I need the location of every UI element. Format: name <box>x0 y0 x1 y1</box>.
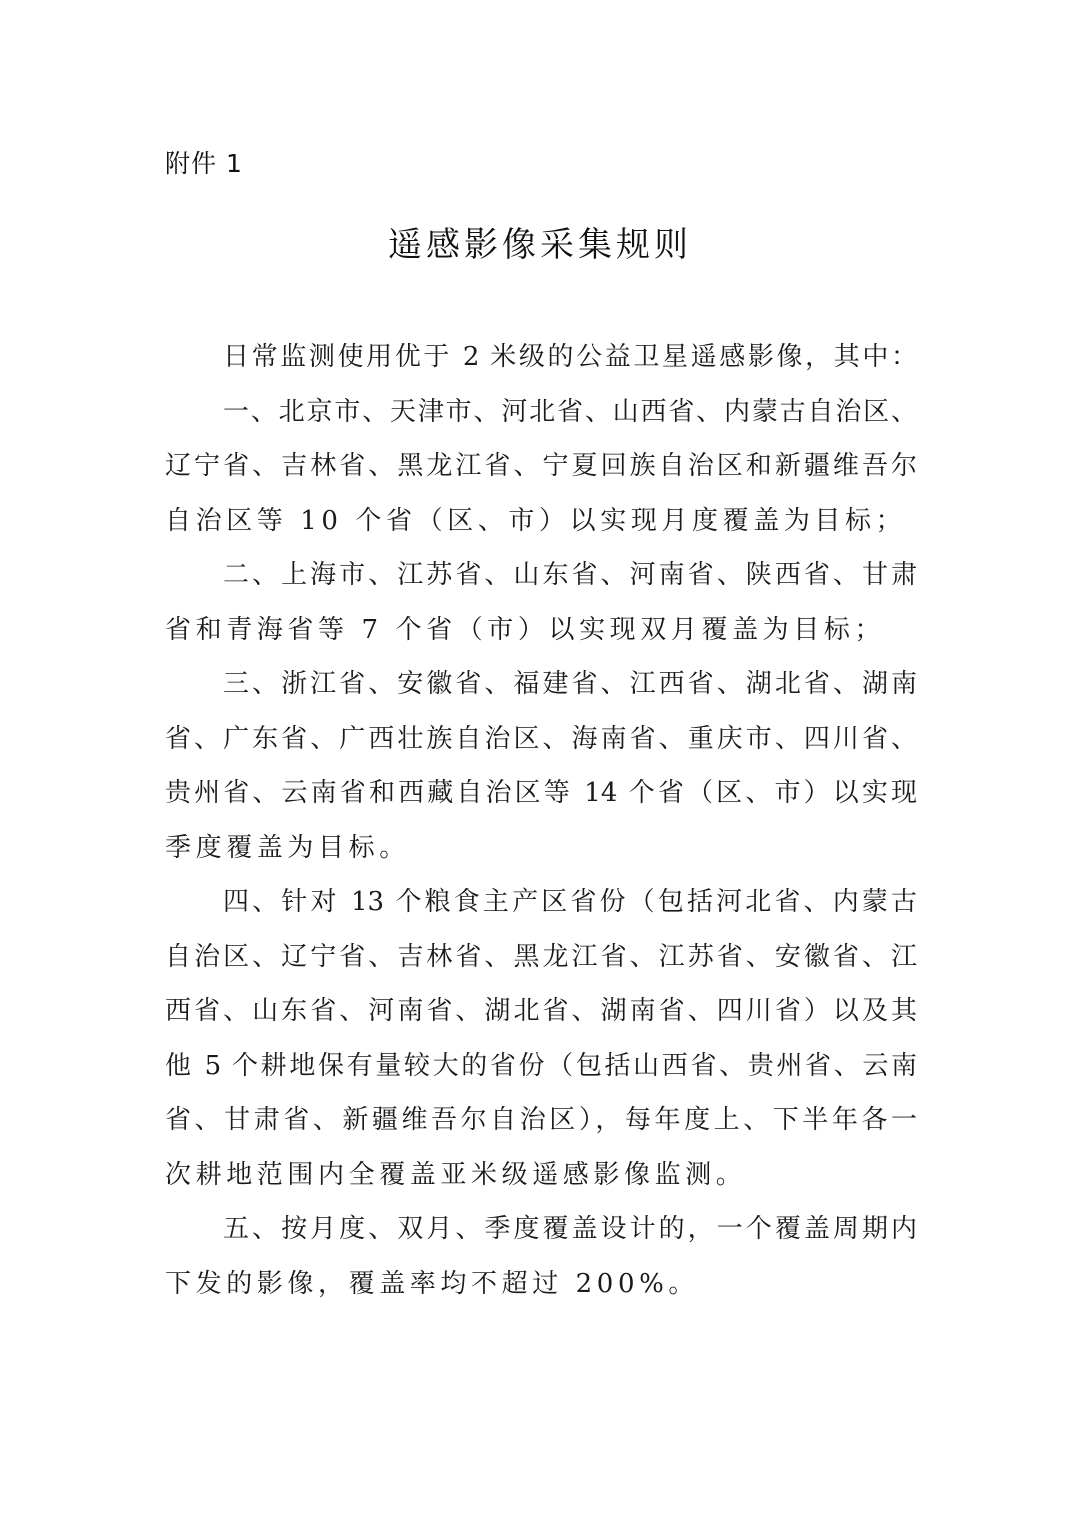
section-4-line-1: 四、针对 13 个粮食主产区省份（包括河北省、内蒙古 <box>165 881 917 936</box>
section-4-line-3: 西省、山东省、河南省、湖北省、湖南省、四川省）以及其 <box>165 990 917 1045</box>
section-4-line-6: 次耕地范围内全覆盖亚米级遥感影像监测。 <box>165 1154 925 1209</box>
section-3-line-4: 季度覆盖为目标。 <box>165 827 925 882</box>
section-4-line-5: 省、甘肃省、新疆维吾尔自治区），每年度上、下半年各一 <box>165 1099 917 1154</box>
section-3-line-1: 三、浙江省、安徽省、福建省、江西省、湖北省、湖南 <box>165 663 917 718</box>
section-4-line-2: 自治区、辽宁省、吉林省、黑龙江省、江苏省、安徽省、江 <box>165 936 917 991</box>
section-2-line-2: 省和青海省等 7 个省（市）以实现双月覆盖为目标； <box>165 609 925 664</box>
section-1-line-1: 一、北京市、天津市、河北省、山西省、内蒙古自治区、 <box>165 391 917 446</box>
section-2-line-1: 二、上海市、江苏省、山东省、河南省、陕西省、甘肃 <box>165 554 917 609</box>
section-3-line-3: 贵州省、云南省和西藏自治区等 14 个省（区、市）以实现 <box>165 772 917 827</box>
section-4-line-4: 他 5 个耕地保有量较大的省份（包括山西省、贵州省、云南 <box>165 1045 917 1100</box>
section-5-line-1: 五、按月度、双月、季度覆盖设计的，一个覆盖周期内 <box>165 1208 917 1263</box>
paragraph-intro-line-1: 日常监测使用优于 2 米级的公益卫星遥感影像，其中： <box>165 336 917 391</box>
document-title: 遥感影像采集规则 <box>0 222 1080 268</box>
section-5-line-2: 下发的影像，覆盖率均不超过 200%。 <box>165 1263 925 1318</box>
document-page: 附件 1 遥感影像采集规则 日常监测使用优于 2 米级的公益卫星遥感影像，其中：… <box>0 0 1080 1528</box>
section-1-line-2: 辽宁省、吉林省、黑龙江省、宁夏回族自治区和新疆维吾尔 <box>165 445 917 500</box>
section-1-line-3: 自治区等 10 个省（区、市）以实现月度覆盖为目标； <box>165 500 925 555</box>
attachment-label: 附件 1 <box>165 146 243 182</box>
document-body: 日常监测使用优于 2 米级的公益卫星遥感影像，其中： 一、北京市、天津市、河北省… <box>165 336 925 1317</box>
section-3-line-2: 省、广东省、广西壮族自治区、海南省、重庆市、四川省、 <box>165 718 917 773</box>
